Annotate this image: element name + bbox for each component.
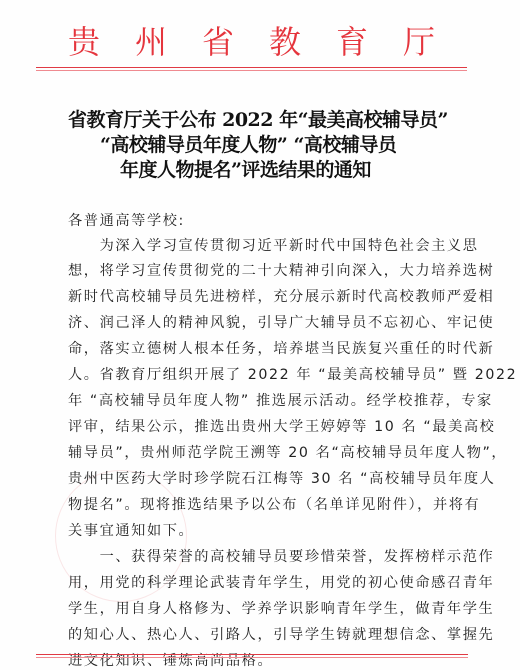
body-line: 想，将学习宣传贯彻党的二十大精神引向深入，大力培养选树 xyxy=(68,262,494,280)
body-line: 新时代高校辅导员先进榜样，充分展示新时代高校教师严爱相 xyxy=(68,288,494,306)
body-line: 济、润己泽人的精神风貌，引导广大辅导员不忘初心、牢记使 xyxy=(68,314,494,332)
document-page: 贵 州 省 教 育 厅 省教育厅关于公布 2022 年“最美高校辅导员” “高校… xyxy=(0,0,520,670)
body-line: 用，用党的科学理论武装青年学生，用党的初心使命感召青年 xyxy=(68,574,494,592)
title-line-1: 省教育厅关于公布 2022 年“最美高校辅导员” xyxy=(68,108,448,133)
title-line-2: “高校辅导员年度人物” “高校辅导员 xyxy=(100,133,396,158)
body-line: 辅导员”，贵州师范学院王溯等 20 名“高校辅导员年度人物”， xyxy=(68,444,507,462)
body-line: 的知心人、热心人、引路人，引导学生铸就理想信念、掌握先 xyxy=(68,626,494,644)
masthead-char: 州 xyxy=(135,22,167,62)
salutation: 各普通高等学校: xyxy=(68,210,185,230)
masthead: 贵 州 省 教 育 厅 xyxy=(0,22,520,62)
body-line: 学生，用自身人格修为、学养学识影响青年学生，做青年学生 xyxy=(68,600,494,618)
title-line-3: 年度人物提名”评选结果的通知 xyxy=(120,158,371,183)
body-line: 贵州中医药大学时珍学院石江梅等 30 名 “高校辅导员年度人 xyxy=(68,470,495,488)
masthead-red-rule xyxy=(36,67,467,71)
body-line: 一、获得荣誉的高校辅导员要珍惜荣誉，发挥榜样示范作 xyxy=(68,548,494,566)
masthead-char: 教 xyxy=(269,22,301,62)
footer-red-rule xyxy=(36,654,468,658)
body-line: 为深入学习宣传贯彻习近平新时代中国特色社会主义思 xyxy=(68,237,478,255)
body-line: 评审，结果公示，推选出贵州大学王婷婷等 10 名 “最美高校 xyxy=(68,418,495,436)
body-line: 物提名”。现将推选结果予以公布（名单详见附件），并将有 xyxy=(68,496,480,514)
masthead-char: 省 xyxy=(202,22,234,62)
masthead-char: 贵 xyxy=(68,22,100,62)
body-line: 命，落实立德树人根本任务，培养堪当民族复兴重任的时代新 xyxy=(68,340,494,358)
masthead-char: 育 xyxy=(336,22,368,62)
masthead-char: 厅 xyxy=(403,22,435,62)
body-line: 人。省教育厅组织开展了 2022 年 “最美高校辅导员” 暨 2022 xyxy=(68,366,517,384)
body-line: 关事宜通知如下。 xyxy=(68,522,194,540)
body-line: 年 “高校辅导员年度人物” 推选展示活动。经学校推荐，专家 xyxy=(68,392,493,410)
